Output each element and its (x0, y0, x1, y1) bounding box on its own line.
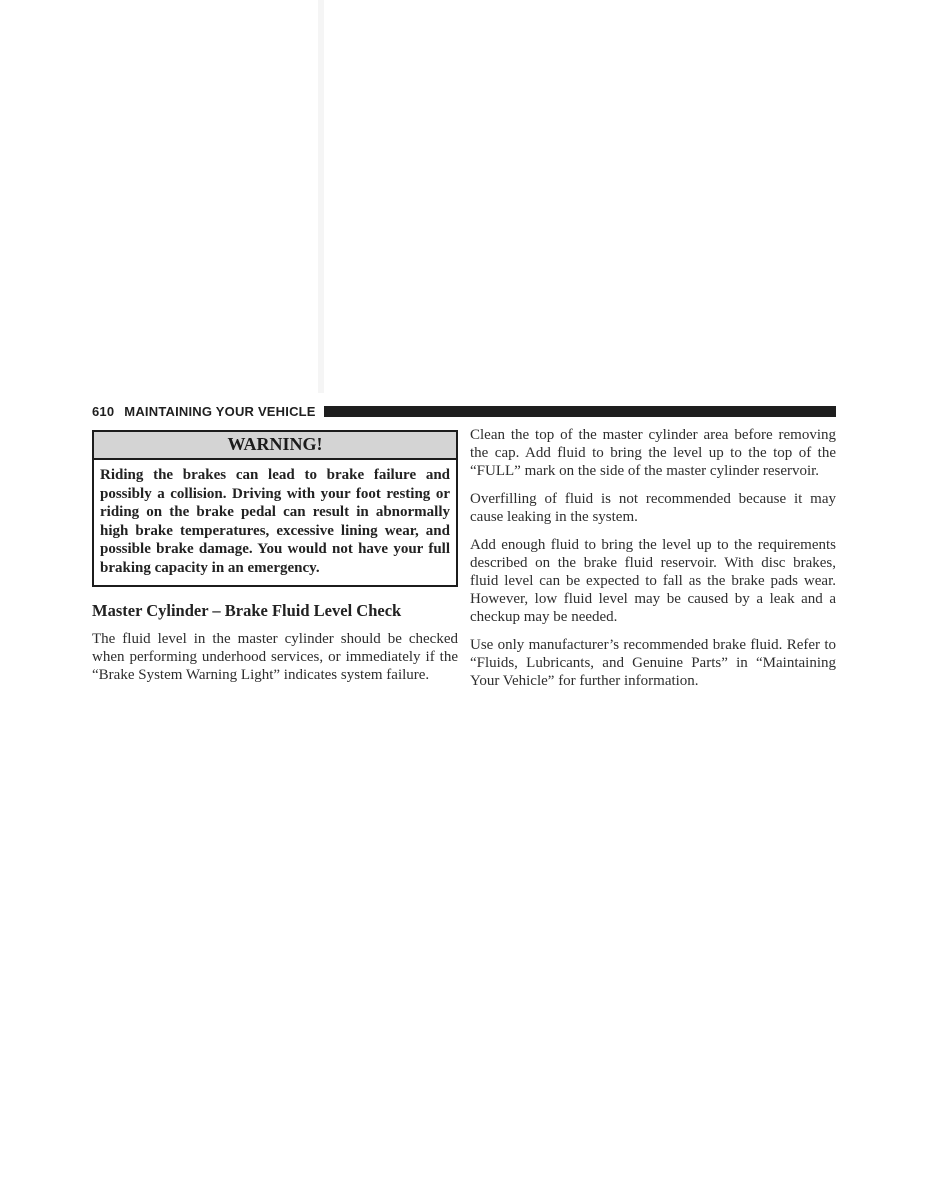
body-paragraph: Use only manufacturer’s recommended brak… (470, 636, 836, 690)
warning-title: WARNING! (94, 432, 456, 460)
chapter-title: MAINTAINING YOUR VEHICLE (124, 404, 315, 419)
body-paragraph: Add enough fluid to bring the level up t… (470, 536, 836, 626)
warning-box: WARNING! Riding the brakes can lead to b… (92, 430, 458, 587)
header-rule-bar (324, 406, 836, 417)
running-header: 610 MAINTAINING YOUR VEHICLE (92, 404, 836, 419)
body-paragraph: Clean the top of the master cylinder are… (470, 426, 836, 480)
warning-body-text: Riding the brakes can lead to brake fail… (94, 460, 456, 585)
body-paragraph: The fluid level in the master cylinder s… (92, 630, 458, 684)
right-column: Clean the top of the master cylinder are… (470, 426, 836, 700)
manual-page: 610 MAINTAINING YOUR VEHICLE WARNING! Ri… (0, 0, 927, 1200)
body-paragraph: Overfilling of fluid is not recommended … (470, 490, 836, 526)
section-heading: Master Cylinder – Brake Fluid Level Chec… (92, 601, 458, 621)
left-column: WARNING! Riding the brakes can lead to b… (92, 430, 458, 684)
page-number: 610 (92, 404, 114, 419)
page-fold-artifact (318, 0, 324, 393)
